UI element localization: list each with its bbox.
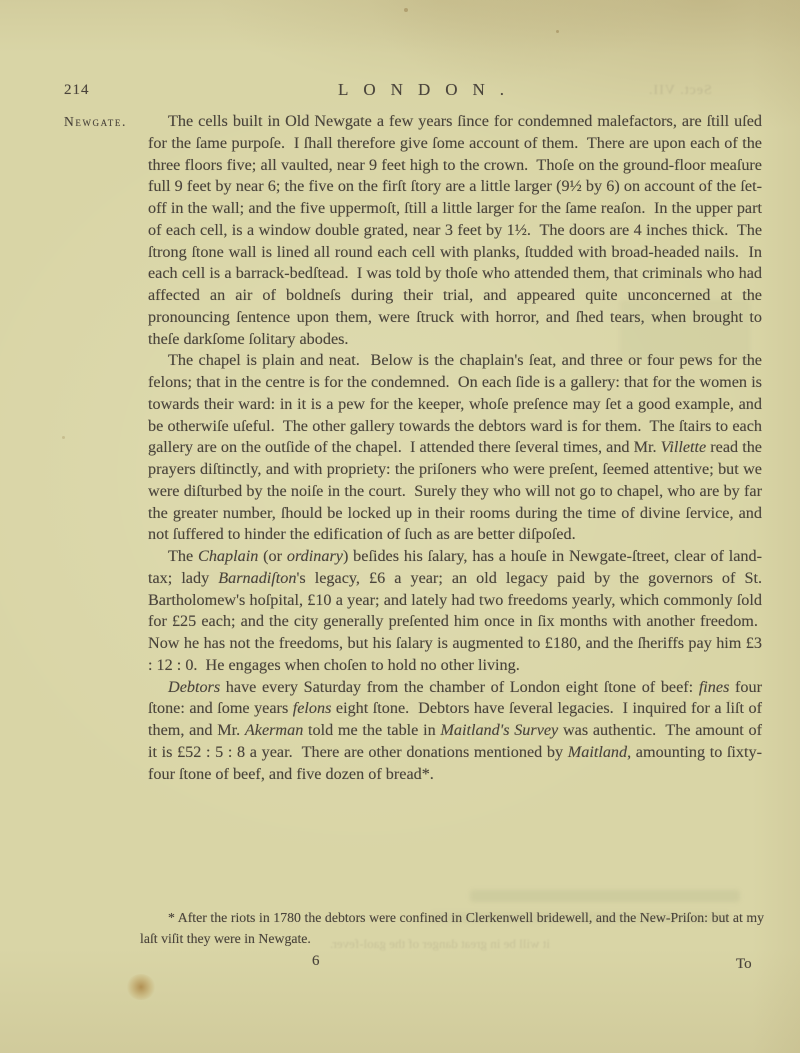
body-text: The cells built in Old Newgate a few yea… xyxy=(148,111,762,785)
paragraph-chapel: The chapel is plain and neat. Below is t… xyxy=(148,350,762,546)
book-page: 214 LONDON. Sect. VII. Newgate. The cell… xyxy=(0,0,800,1053)
running-title: LONDON. xyxy=(338,80,519,100)
showthrough-bottom-line: it will be in great danger of the gaol-f… xyxy=(330,936,550,952)
catchword: To xyxy=(736,956,752,973)
paper-speck xyxy=(62,436,65,439)
footnote-marker: * xyxy=(168,910,175,925)
paragraph-debtors: Debtors have every Saturday from the cha… xyxy=(148,677,762,786)
paragraph-chaplain: The Chaplain (or ordinary) beſides his ſ… xyxy=(148,546,762,677)
paper-speck xyxy=(556,30,559,33)
signature-mark: 6 xyxy=(312,953,320,970)
paper-stain xyxy=(126,974,156,1000)
page-number: 214 xyxy=(64,82,90,99)
paragraph-cells: The cells built in Old Newgate a few yea… xyxy=(148,111,762,350)
showthrough-section-label: Sect. VII. xyxy=(648,83,712,99)
paper-speck xyxy=(404,8,408,12)
showthrough-smudge xyxy=(470,890,740,902)
margin-label-newgate: Newgate. xyxy=(64,114,127,130)
